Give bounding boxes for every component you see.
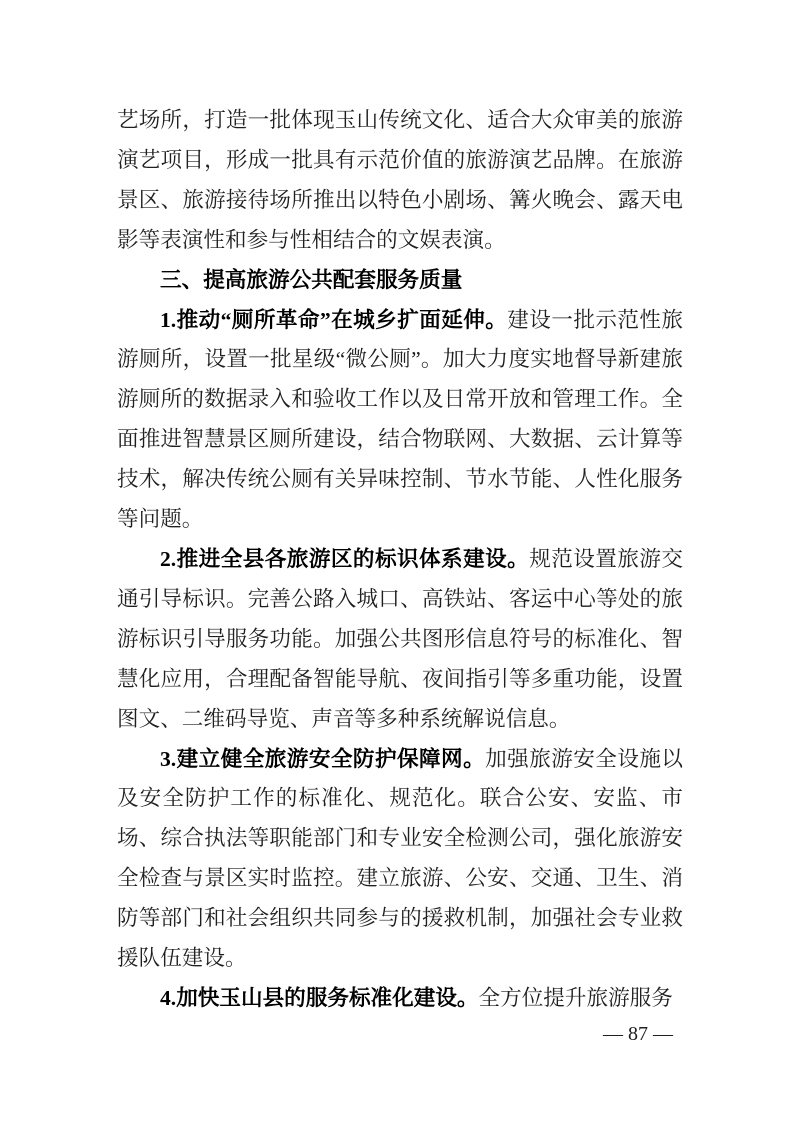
- numbered-paragraph-1: 1.推动“厕所革命”在城乡扩面延伸。建设一批示范性旅游厕所，设置一批星级“微公厕…: [117, 301, 683, 540]
- document-body: 艺场所，打造一批体现玉山传统文化、适合大众审美的旅游演艺项目，形成一批具有示范价…: [117, 101, 683, 1019]
- document-page: 艺场所，打造一批体现玉山传统文化、适合大众审美的旅游演艺项目，形成一批具有示范价…: [0, 0, 793, 1122]
- paragraph-2-lead: 2.推进全县各旅游区的标识体系建设。: [160, 547, 529, 571]
- section-heading: 三、提高旅游公共配套服务质量: [117, 261, 683, 301]
- paragraph-4-body: 全方位提升旅游服务: [479, 986, 673, 1010]
- numbered-paragraph-4: 4.加快玉山县的服务标准化建设。全方位提升旅游服务: [117, 979, 683, 1019]
- paragraph-3-body: 加强旅游安全设施以及安全防护工作的标准化、规范化。联合公安、安监、市场、综合执法…: [117, 747, 683, 971]
- paragraph-2-body: 规范设置旅游交通引导标识。完善公路入城口、高铁站、客运中心等处的旅游标识引导服务…: [117, 547, 683, 731]
- paragraph-1-body: 建设一批示范性旅游厕所，设置一批星级“微公厕”。加大力度实地督导新建旅游厕所的数…: [117, 308, 683, 532]
- paragraph-4-lead: 4.加快玉山县的服务标准化建设。: [160, 986, 479, 1010]
- numbered-paragraph-3: 3.建立健全旅游安全防护保障网。加强旅游安全设施以及安全防护工作的标准化、规范化…: [117, 740, 683, 979]
- continued-paragraph: 艺场所，打造一批体现玉山传统文化、适合大众审美的旅游演艺项目，形成一批具有示范价…: [117, 101, 683, 261]
- paragraph-1-lead: 1.推动“厕所革命”在城乡扩面延伸。: [160, 308, 507, 332]
- paragraph-3-lead: 3.建立健全旅游安全防护保障网。: [160, 747, 485, 771]
- numbered-paragraph-2: 2.推进全县各旅游区的标识体系建设。规范设置旅游交通引导标识。完善公路入城口、高…: [117, 540, 683, 740]
- page-number: — 87 —: [603, 1022, 673, 1046]
